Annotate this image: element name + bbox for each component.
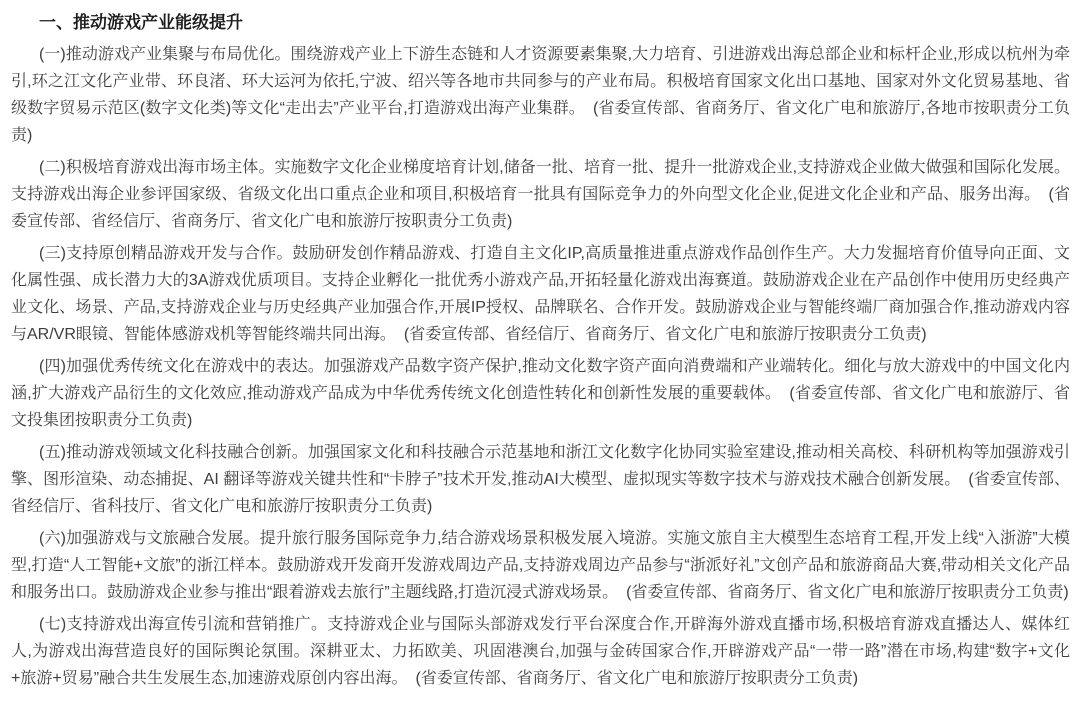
section-heading: 一、推动游戏产业能级提升 [11,9,1070,36]
policy-item-3: (三)支持原创精品游戏开发与合作。鼓励研发创作精品游戏、打造自主文化IP,高质量… [11,240,1070,348]
policy-item-7: (七)支持游戏出海宣传引流和营销推广。支持游戏企业与国际头部游戏发行平台深度合作… [11,611,1070,692]
policy-item-1: (一)推动游戏产业集聚与布局优化。围绕游戏产业上下游生态链和人才资源要素集聚,大… [11,41,1070,149]
policy-item-6: (六)加强游戏与文旅融合发展。提升旅行服务国际竞争力,结合游戏场景积极发展入境游… [11,525,1070,606]
policy-item-5: (五)推动游戏领域文化科技融合创新。加强国家文化和科技融合示范基地和浙江文化数字… [11,439,1070,520]
document-body: 一、推动游戏产业能级提升 (一)推动游戏产业集聚与布局优化。围绕游戏产业上下游生… [0,0,1080,701]
policy-item-2: (二)积极培育游戏出海市场主体。实施数字文化企业梯度培育计划,储备一批、培育一批… [11,154,1070,235]
policy-item-4: (四)加强优秀传统文化在游戏中的表达。加强游戏产品数字资产保护,推动文化数字资产… [11,353,1070,434]
